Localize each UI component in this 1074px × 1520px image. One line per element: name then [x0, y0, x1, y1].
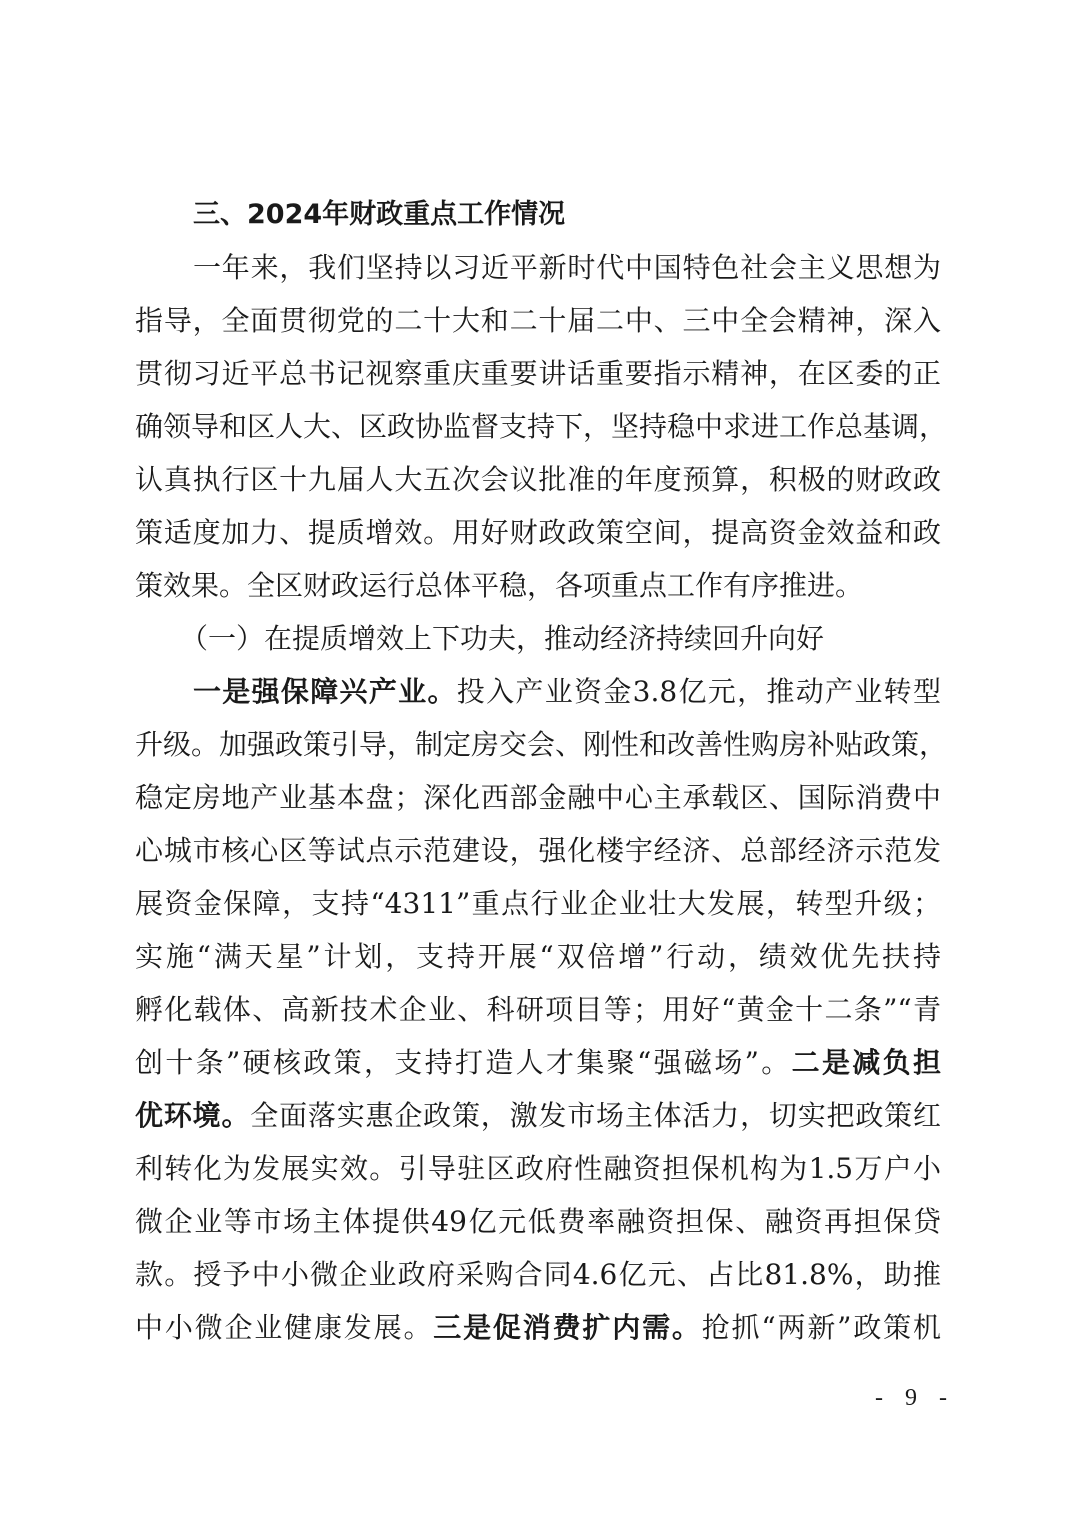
bold-lead-2: 二是减负担	[792, 1046, 941, 1079]
paragraph-line: 策适度加力、提质增效。用好财政政策空间，提高资金效益和政	[135, 513, 941, 553]
paragraph-line: 指导，全面贯彻党的二十大和二十届二中、三中全会精神，深入	[135, 301, 941, 341]
text-run: 中小微企业健康发展。	[135, 1311, 433, 1344]
paragraph-line: 一是强保障兴产业。投入产业资金3.8亿元，推动产业转型	[193, 672, 941, 712]
paragraph-line: 创十条”硬核政策，支持打造人才集聚“强磁场”。二是减负担	[135, 1043, 941, 1083]
subsection-heading: （一）在提质增效上下功夫，推动经济持续回升向好	[180, 619, 824, 659]
text-run: 投入产业资金3.8亿元，推动产业转型	[457, 675, 941, 708]
paragraph-line: 中小微企业健康发展。三是促消费扩内需。抢抓“两新”政策机	[135, 1308, 941, 1348]
section-heading: 三、2024年财政重点工作情况	[193, 195, 565, 235]
paragraph-line: 展资金保障，支持“4311”重点行业企业壮大发展，转型升级；	[135, 884, 941, 924]
text-run: 创十条”硬核政策，支持打造人才集聚“强磁场”。	[135, 1046, 792, 1079]
paragraph-line: 稳定房地产业基本盘；深化西部金融中心主承载区、国际消费中	[135, 778, 941, 818]
paragraph-line: 确领导和区人大、区政协监督支持下，坚持稳中求进工作总基调，	[135, 407, 941, 447]
paragraph-line: 贯彻习近平总书记视察重庆重要讲话重要指示精神，在区委的正	[135, 354, 941, 394]
paragraph-line: 孵化载体、高新技术企业、科研项目等；用好“黄金十二条”“青	[135, 990, 941, 1030]
bold-lead-1: 一是强保障兴产业。	[193, 675, 457, 708]
paragraph-line: 升级。加强政策引导，制定房交会、刚性和改善性购房补贴政策，	[135, 725, 941, 765]
document-page: 三、2024年财政重点工作情况 一年来，我们坚持以习近平新时代中国特色社会主义思…	[0, 0, 1074, 1520]
paragraph-line: 认真执行区十九届人大五次会议批准的年度预算，积极的财政政	[135, 460, 941, 500]
paragraph-line: 微企业等市场主体提供49亿元低费率融资担保、融资再担保贷	[135, 1202, 941, 1242]
bold-lead-2-cont: 优环境。	[135, 1099, 250, 1132]
paragraph-line: 实施“满天星”计划，支持开展“双倍增”行动，绩效优先扶持	[135, 937, 941, 977]
paragraph-line: 策效果。全区财政运行总体平稳，各项重点工作有序推进。	[135, 566, 941, 606]
paragraph-line: 一年来，我们坚持以习近平新时代中国特色社会主义思想为	[193, 248, 941, 288]
paragraph-line: 优环境。全面落实惠企政策，激发市场主体活力，切实把政策红	[135, 1096, 941, 1136]
text-run: 全面落实惠企政策，激发市场主体活力，切实把政策红	[250, 1099, 941, 1132]
bold-lead-3: 三是促消费扩内需。	[433, 1311, 701, 1344]
paragraph-line: 利转化为发展实效。引导驻区政府性融资担保机构为1.5万户小	[135, 1149, 941, 1189]
paragraph-line: 款。授予中小微企业政府采购合同4.6亿元、占比81.8%，助推	[135, 1255, 941, 1295]
page-number: - 9 -	[875, 1380, 955, 1416]
paragraph-line: 心城市核心区等试点示范建设，强化楼宇经济、总部经济示范发	[135, 831, 941, 871]
text-run: 抢抓“两新”政策机	[702, 1311, 941, 1344]
